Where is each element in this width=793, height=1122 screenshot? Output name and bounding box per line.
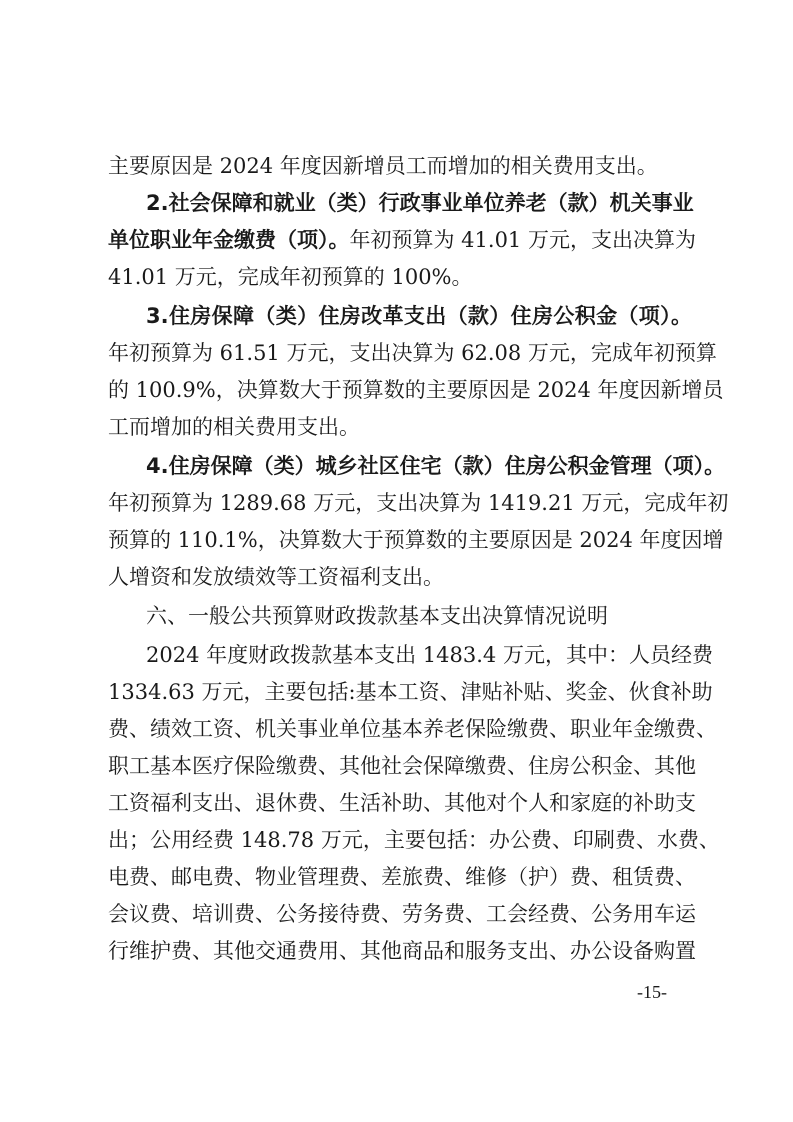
paragraph-line: 工资福利支出、退休费、生活补助、其他对个人和家庭的补助支 [108,788,692,818]
paragraph-line: 41.01 万元，完成年初预算的 100%。 [108,262,692,292]
paragraph-line: 职工基本医疗保险缴费、其他社会保障缴费、住房公积金、其他 [108,751,692,781]
item-4-heading: 4.住房保障（类）城乡社区住宅（款）住房公积金管理（项）。 [146,451,692,481]
paragraph-line: 1334.63 万元，主要包括:基本工资、津贴补贴、奖金、伙食补助 [108,677,692,707]
section-6-heading: 六、一般公共预算财政拨款基本支出决算情况说明 [146,601,692,631]
paragraph-line: 的 100.9%，决算数大于预算数的主要原因是 2024 年度因新增员 [108,375,692,405]
paragraph-line: 行维护费、其他交通费用、其他商品和服务支出、办公设备购置 [108,936,692,966]
paragraph-line: 2024 年度财政拨款基本支出 1483.4 万元，其中：人员经费 [146,640,692,670]
paragraph-line: 电费、邮电费、物业管理费、差旅费、维修（护）费、租赁费、 [108,862,692,892]
paragraph-line: 年初预算为 61.51 万元，支出决算为 62.08 万元，完成年初预算 [108,338,692,368]
paragraph-line: 单位职业年金缴费（项）。年初预算为 41.01 万元，支出决算为 [108,225,692,255]
item-2-heading: 2.社会保障和就业（类）行政事业单位养老（款）机关事业 [146,188,692,218]
paragraph-line: 出；公用经费 148.78 万元，主要包括：办公费、印刷费、水费、 [108,825,692,855]
paragraph-line: 年初预算为 1289.68 万元，支出决算为 1419.21 万元，完成年初 [108,488,692,518]
item-2-budget-text: 年初预算为 41.01 万元，支出决算为 [350,228,696,252]
page-number: -15- [637,982,667,1003]
paragraph-line: 人增资和发放绩效等工资福利支出。 [108,562,692,592]
paragraph-line: 费、绩效工资、机关事业单位基本养老保险缴费、职业年金缴费、 [108,714,692,744]
paragraph-line: 工而增加的相关费用支出。 [108,412,692,442]
item-2-heading-tail: 单位职业年金缴费（项）。 [108,228,350,252]
paragraph-line: 预算的 110.1%，决算数大于预算数的主要原因是 2024 年度因增 [108,525,692,555]
paragraph-line: 主要原因是 2024 年度因新增员工而增加的相关费用支出。 [108,151,692,181]
paragraph-line: 会议费、培训费、公务接待费、劳务费、工会经费、公务用车运 [108,899,692,929]
document-page: 主要原因是 2024 年度因新增员工而增加的相关费用支出。 2.社会保障和就业（… [0,0,793,1122]
item-3-heading: 3.住房保障（类）住房改革支出（款）住房公积金（项）。 [146,301,692,331]
